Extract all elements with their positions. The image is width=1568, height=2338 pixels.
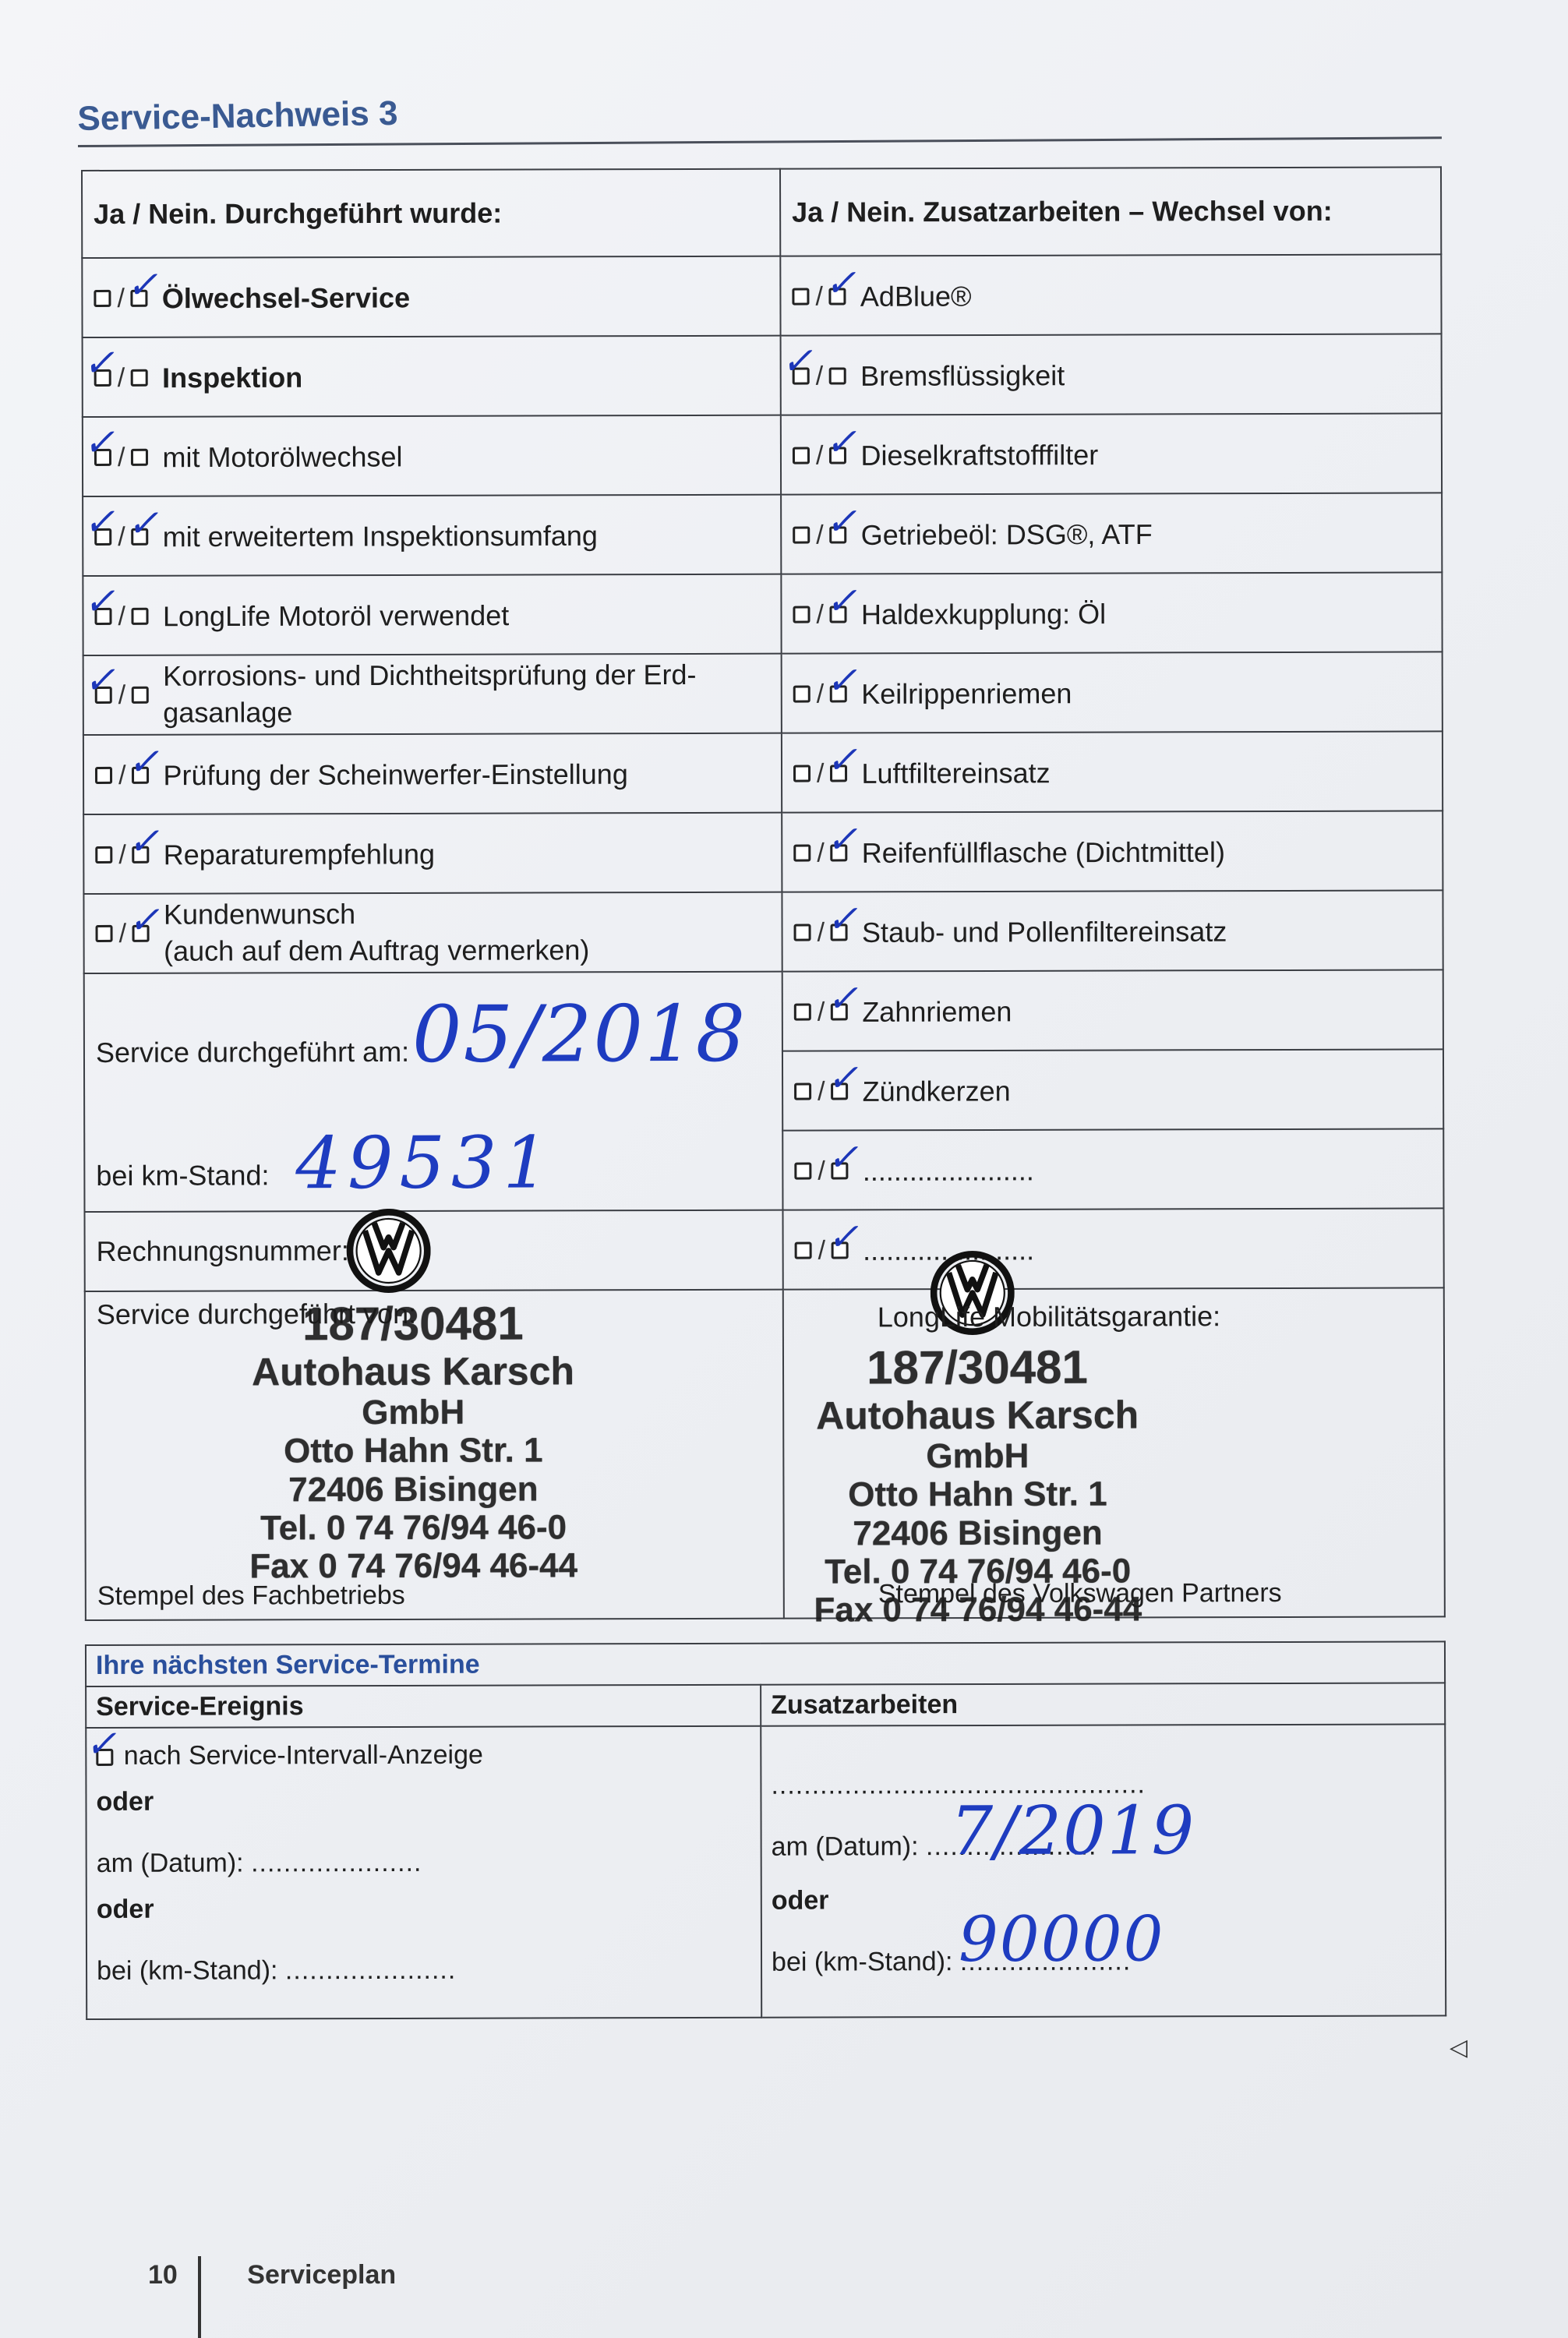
- checklist-item-right: /✓ Keilrippenriemen: [782, 652, 1443, 733]
- vw-logo-icon: [346, 1209, 430, 1293]
- nein-checkbox[interactable]: [831, 1004, 848, 1021]
- checklist-item-left: /✓ Korrosions- und Dichtheitsprüfung der…: [83, 654, 782, 735]
- ja-nein-pair: /✓: [95, 758, 150, 791]
- item-label: mit Motorölwechsel: [162, 440, 402, 473]
- stamp-number: 187/30481: [203, 1297, 623, 1351]
- nein-checkbox[interactable]: [832, 1242, 849, 1259]
- slash-separator: /: [118, 680, 126, 710]
- slash-separator: /: [817, 679, 825, 709]
- continue-arrow-icon: ◁: [1450, 2034, 1467, 2061]
- item-label-cont: (auch auf dem Auftrag vermerken): [164, 934, 589, 966]
- ja-checkbox[interactable]: [795, 1242, 812, 1259]
- date-field[interactable]: .....................: [251, 1848, 422, 1878]
- nein-checkbox[interactable]: [132, 925, 150, 942]
- checklist-item-left: /✓ Reparaturempfehlung: [83, 813, 782, 894]
- mobility-guarantee-cell: LongLife Mobilitätsgarantie: 187/30481 A…: [783, 1287, 1445, 1618]
- checklist-item-left: /✓ Inspektion: [83, 336, 781, 417]
- handwritten-next-km: 90000: [959, 1902, 1165, 1976]
- nein-checkbox[interactable]: [830, 765, 847, 782]
- invoice-label: Rechnungsnummer:: [97, 1234, 349, 1267]
- left-column-header: Ja / Nein. Durchgeführt wurde:: [82, 169, 780, 258]
- page-title: Service-Nachweis 3: [77, 94, 398, 139]
- checklist-item-right: /✓ ......................: [782, 1208, 1443, 1289]
- nein-checkbox[interactable]: [132, 528, 149, 546]
- ja-nein-pair: /✓: [94, 281, 148, 314]
- ja-nein-pair: /✓✓: [94, 519, 149, 553]
- ja-nein-pair: /✓: [794, 1153, 849, 1186]
- stamp-company: Autohaus Karsch: [203, 1349, 623, 1393]
- item-label: Getriebeöl: DSG®, ATF: [861, 518, 1153, 551]
- item-label-cont: gasanlage: [163, 696, 292, 728]
- item-label: LongLife Motoröl verwendet: [163, 599, 509, 632]
- handwritten-next-date: 7/2019: [950, 1792, 1195, 1870]
- ja-checkbox[interactable]: [794, 1163, 811, 1180]
- slash-separator: /: [118, 443, 125, 473]
- invoice-cell: Rechnungsnummer:: [85, 1210, 783, 1291]
- item-label: Zündkerzen: [862, 1075, 1010, 1107]
- nein-checkbox[interactable]: [830, 686, 847, 703]
- ja-checkbox[interactable]: [793, 845, 810, 862]
- or-label: oder: [97, 1893, 751, 1925]
- ja-checkbox[interactable]: [793, 447, 810, 464]
- ja-checkbox[interactable]: [794, 1083, 811, 1100]
- ja-checkbox[interactable]: [94, 369, 111, 387]
- nein-checkbox[interactable]: [831, 845, 848, 862]
- table-row: /✓ Korrosions- und Dichtheitsprüfung der…: [83, 652, 1443, 735]
- slash-separator: /: [816, 599, 824, 630]
- ja-nein-pair: /✓: [795, 1232, 849, 1266]
- nein-checkbox[interactable]: [829, 368, 846, 385]
- nein-checkbox[interactable]: [132, 767, 149, 784]
- ja-nein-pair: /✓: [793, 676, 848, 709]
- slash-separator: /: [118, 602, 125, 632]
- checklist-table: Ja / Nein. Durchgeführt wurde: Ja / Nein…: [81, 166, 1446, 1621]
- nein-checkbox[interactable]: [131, 290, 148, 307]
- service-event-cell: ✓ nach Service-Intervall-Anzeige oder am…: [86, 1726, 761, 2019]
- stamp-legal-form: GmbH: [782, 1437, 1172, 1477]
- slash-separator: /: [816, 440, 824, 471]
- item-label: Staub- und Pollenfiltereinsatz: [862, 915, 1227, 948]
- dealer-stamp-left: 187/30481 Autohaus Karsch GmbH Otto Hahn…: [203, 1297, 624, 1586]
- checklist-item-right: /✓ ......................: [782, 1128, 1443, 1210]
- checklist-item-left: /✓✓ mit erweitertem Inspektionsumfang: [83, 495, 781, 576]
- ja-nein-pair: /✓: [94, 360, 149, 394]
- slash-separator: /: [117, 284, 125, 314]
- nein-checkbox[interactable]: [830, 606, 847, 623]
- ja-checkbox[interactable]: [94, 608, 111, 625]
- checklist-item-right: /✓ Bremsflüssigkeit: [781, 334, 1442, 415]
- item-label: mit erweitertem Inspektionsumfang: [163, 520, 598, 553]
- nein-checkbox[interactable]: [831, 924, 848, 941]
- item-label: Bremsflüssigkeit: [860, 359, 1065, 392]
- table-row: /✓ Prüfung der Scheinwerfer-Einstellung …: [83, 731, 1443, 814]
- nein-checkbox[interactable]: [830, 527, 847, 544]
- ja-checkbox[interactable]: [793, 368, 810, 385]
- slash-separator: /: [818, 997, 825, 1027]
- nein-checkbox[interactable]: [132, 687, 149, 704]
- nein-checkbox[interactable]: [832, 1163, 849, 1180]
- nein-checkbox[interactable]: [829, 447, 846, 464]
- ja-checkbox[interactable]: [95, 687, 112, 704]
- table-row: /✓ Inspektion /✓ Bremsflüssigkeit: [83, 334, 1442, 417]
- next-service-table: Ihre nächsten Service-Termine Service-Er…: [85, 1640, 1446, 2020]
- checklist-item-right: /✓ Zündkerzen: [782, 1049, 1443, 1130]
- checklist-item-right: /✓ Staub- und Pollenfiltereinsatz: [782, 890, 1443, 971]
- item-label: Kundenwunsch: [164, 898, 355, 931]
- stamp-number: 187/30481: [782, 1340, 1172, 1393]
- checklist-item-left: /✓ Prüfung der Scheinwerfer-Einstellung: [83, 733, 782, 814]
- nein-checkbox[interactable]: [132, 608, 149, 625]
- interval-checkbox[interactable]: [96, 1749, 113, 1766]
- ja-nein-pair: /✓: [94, 440, 149, 473]
- checklist-item-right: /✓ Reifenfüllflasche (Dichtmittel): [782, 811, 1443, 892]
- nein-checkbox[interactable]: [829, 288, 846, 305]
- table-row: /✓ mit Motorölwechsel /✓ Dieselkraftstof…: [83, 413, 1442, 496]
- slash-separator: /: [818, 917, 825, 948]
- service-date-label: Service durchgeführt am:: [96, 1036, 409, 1069]
- ja-checkbox[interactable]: [793, 527, 810, 544]
- checklist-item-left: /✓ mit Motorölwechsel: [83, 415, 781, 496]
- km-label: bei (km-Stand):: [97, 1955, 278, 1986]
- slash-separator: /: [118, 522, 125, 553]
- stamp-street: Otto Hahn Str. 1: [203, 1432, 623, 1471]
- stamp-city: 72406 Bisingen: [783, 1513, 1173, 1553]
- km-label: bei km-Stand:: [96, 1159, 269, 1192]
- checklist-item-right: /✓ Haldexkupplung: Öl: [781, 572, 1442, 653]
- item-label: AdBlue®: [860, 280, 972, 312]
- checklist-item-right: /✓ AdBlue®: [780, 254, 1441, 335]
- stamp-legal-form: GmbH: [203, 1393, 623, 1432]
- ja-nein-pair: /✓: [793, 596, 847, 630]
- stamp-phone: Tel. 0 74 76/94 46-0: [203, 1508, 623, 1548]
- item-label: Prüfung der Scheinwerfer-Einstellung: [163, 758, 627, 791]
- ja-checkbox[interactable]: [794, 1004, 811, 1021]
- ja-checkbox[interactable]: [792, 288, 809, 305]
- checklist-item-right: /✓ Dieselkraftstofffilter: [781, 413, 1442, 494]
- title-rule: [78, 136, 1442, 147]
- col-service-event: Service-Ereignis: [86, 1685, 761, 1728]
- page-footer: 10 Serviceplan: [148, 2260, 396, 2290]
- item-label: Zahnriemen: [862, 995, 1012, 1028]
- ja-checkbox[interactable]: [95, 767, 112, 784]
- table-row: /✓ Kundenwunsch(auch auf dem Auftrag ver…: [83, 890, 1443, 973]
- table-row: /✓✓ mit erweitertem Inspektionsumfang /✓…: [83, 493, 1442, 576]
- table-row: Service durchgeführt am: 05/2018 bei km-…: [84, 969, 1443, 1053]
- stamp-city: 72406 Bisingen: [203, 1470, 623, 1510]
- slash-separator: /: [818, 1235, 826, 1266]
- slash-separator: /: [817, 838, 825, 868]
- nein-checkbox[interactable]: [832, 1083, 849, 1100]
- checklist-body: /✓ Ölwechsel-Service /✓ AdBlue® /✓ Inspe…: [82, 254, 1445, 1620]
- slash-separator: /: [118, 761, 126, 791]
- ja-nein-pair: /✓: [794, 994, 849, 1027]
- ja-checkbox[interactable]: [794, 924, 811, 941]
- interval-option-label: nach Service-Intervall-Anzeige: [124, 1740, 483, 1771]
- ja-checkbox[interactable]: [94, 528, 111, 546]
- item-label: Keilrippenriemen: [861, 677, 1072, 710]
- page-number: 10: [148, 2260, 178, 2290]
- ja-nein-pair: /✓: [793, 835, 848, 868]
- item-label: Haldexkupplung: Öl: [861, 598, 1106, 630]
- item-label: Korrosions- und Dichtheitsprüfung der Er…: [163, 659, 696, 692]
- nein-checkbox[interactable]: [132, 846, 150, 864]
- slash-separator: /: [818, 1156, 825, 1186]
- ja-nein-pair: /✓: [793, 358, 847, 391]
- checklist-item-left: /✓ Ölwechsel-Service: [82, 256, 780, 337]
- ja-nein-pair: /✓: [94, 599, 149, 632]
- ja-checkbox[interactable]: [793, 606, 810, 623]
- slash-separator: /: [816, 520, 824, 550]
- slash-separator: /: [817, 758, 825, 789]
- nein-checkbox[interactable]: [131, 449, 148, 466]
- item-label: Inspektion: [162, 361, 302, 393]
- ja-nein-pair: /✓: [95, 676, 150, 710]
- next-service-title: Ihre nächsten Service-Termine: [86, 1641, 1445, 1686]
- stamp-label-right: Stempel des Volkswagen Partners: [878, 1578, 1282, 1609]
- table-row: /✓ Reparaturempfehlung /✓ Reifenfüllflas…: [83, 811, 1443, 894]
- ja-nein-pair: /✓: [794, 914, 849, 948]
- km-field[interactable]: .....................: [285, 1955, 456, 1986]
- ja-checkbox[interactable]: [96, 925, 113, 942]
- checklist-item-right: /✓ Zahnriemen: [782, 969, 1443, 1051]
- ja-checkbox[interactable]: [94, 290, 111, 307]
- table-row: /✓ LongLife Motoröl verwendet /✓ Haldexk…: [83, 572, 1442, 655]
- stamp-company: Autohaus Karsch: [782, 1393, 1172, 1438]
- checklist-item-right: /✓ Getriebeöl: DSG®, ATF: [781, 493, 1442, 574]
- ja-nein-pair: /✓: [793, 755, 848, 789]
- ja-nein-pair: /✓: [96, 915, 150, 948]
- handwritten-service-date: 05/2018: [412, 988, 747, 1080]
- item-label: Ölwechsel-Service: [162, 281, 410, 314]
- item-label: Reparaturempfehlung: [164, 838, 435, 871]
- slash-separator: /: [118, 840, 126, 871]
- checklist-item-left: /✓ Kundenwunsch(auch auf dem Auftrag ver…: [83, 892, 782, 973]
- slash-separator: /: [119, 918, 127, 948]
- col-extra-work: Zusatzarbeiten: [761, 1683, 1445, 1725]
- or-label: oder: [96, 1785, 750, 1817]
- table-row: Service durchgeführt von: 187/30481 Auto…: [85, 1287, 1445, 1620]
- performed-by-cell: Service durchgeführt von: 187/30481 Auto…: [85, 1290, 784, 1620]
- service-date-km-cell: Service durchgeführt am: 05/2018 bei km-…: [84, 972, 783, 1212]
- service-record-sheet: Ja / Nein. Durchgeführt wurde: Ja / Nein…: [81, 166, 1446, 2020]
- slash-separator: /: [818, 1076, 825, 1107]
- ja-nein-pair: /✓: [792, 278, 846, 312]
- slash-separator: /: [815, 281, 823, 312]
- item-label: Luftfiltereinsatz: [861, 757, 1050, 789]
- ja-nein-pair: /✓: [793, 517, 847, 550]
- ja-nein-pair: /✓: [793, 437, 847, 471]
- extra-km-label: bei (km-Stand):: [772, 1947, 953, 1977]
- ja-checkbox[interactable]: [793, 765, 810, 782]
- handwritten-km: 49531: [295, 1121, 555, 1205]
- item-label: Dieselkraftstofffilter: [860, 439, 1098, 471]
- mobility-label: LongLife Mobilitätsgarantie:: [878, 1300, 1220, 1333]
- ja-checkbox[interactable]: [793, 686, 810, 703]
- date-label: am (Datum):: [97, 1848, 244, 1877]
- table-row: /✓ Ölwechsel-Service /✓ AdBlue®: [82, 254, 1441, 337]
- footer-section: Serviceplan: [247, 2260, 396, 2290]
- right-column-header: Ja / Nein. Zusatzarbeiten – Wechsel von:: [780, 167, 1441, 256]
- ja-checkbox[interactable]: [95, 846, 112, 864]
- ja-checkbox[interactable]: [94, 449, 111, 466]
- ja-nein-pair: /✓: [794, 1073, 849, 1107]
- checklist-item-left: /✓ LongLife Motoröl verwendet: [83, 574, 781, 655]
- checklist-item-right: /✓ Luftfiltereinsatz: [782, 731, 1443, 812]
- stamp-street: Otto Hahn Str. 1: [782, 1475, 1172, 1515]
- ja-nein-pair: /✓: [95, 837, 150, 871]
- item-label: Reifenfüllflasche (Dichtmittel): [862, 835, 1225, 868]
- slash-separator: /: [816, 361, 824, 391]
- extra-date-label: am (Datum):: [772, 1831, 919, 1861]
- slash-separator: /: [118, 363, 125, 394]
- item-label: ......................: [863, 1154, 1034, 1187]
- nein-checkbox[interactable]: [131, 369, 148, 387]
- table-row: Rechnungsnummer: /✓ ....................…: [85, 1208, 1444, 1291]
- extra-work-cell: ........................................…: [761, 1724, 1446, 2017]
- stamp-label-left: Stempel des Fachbetriebs: [97, 1580, 405, 1612]
